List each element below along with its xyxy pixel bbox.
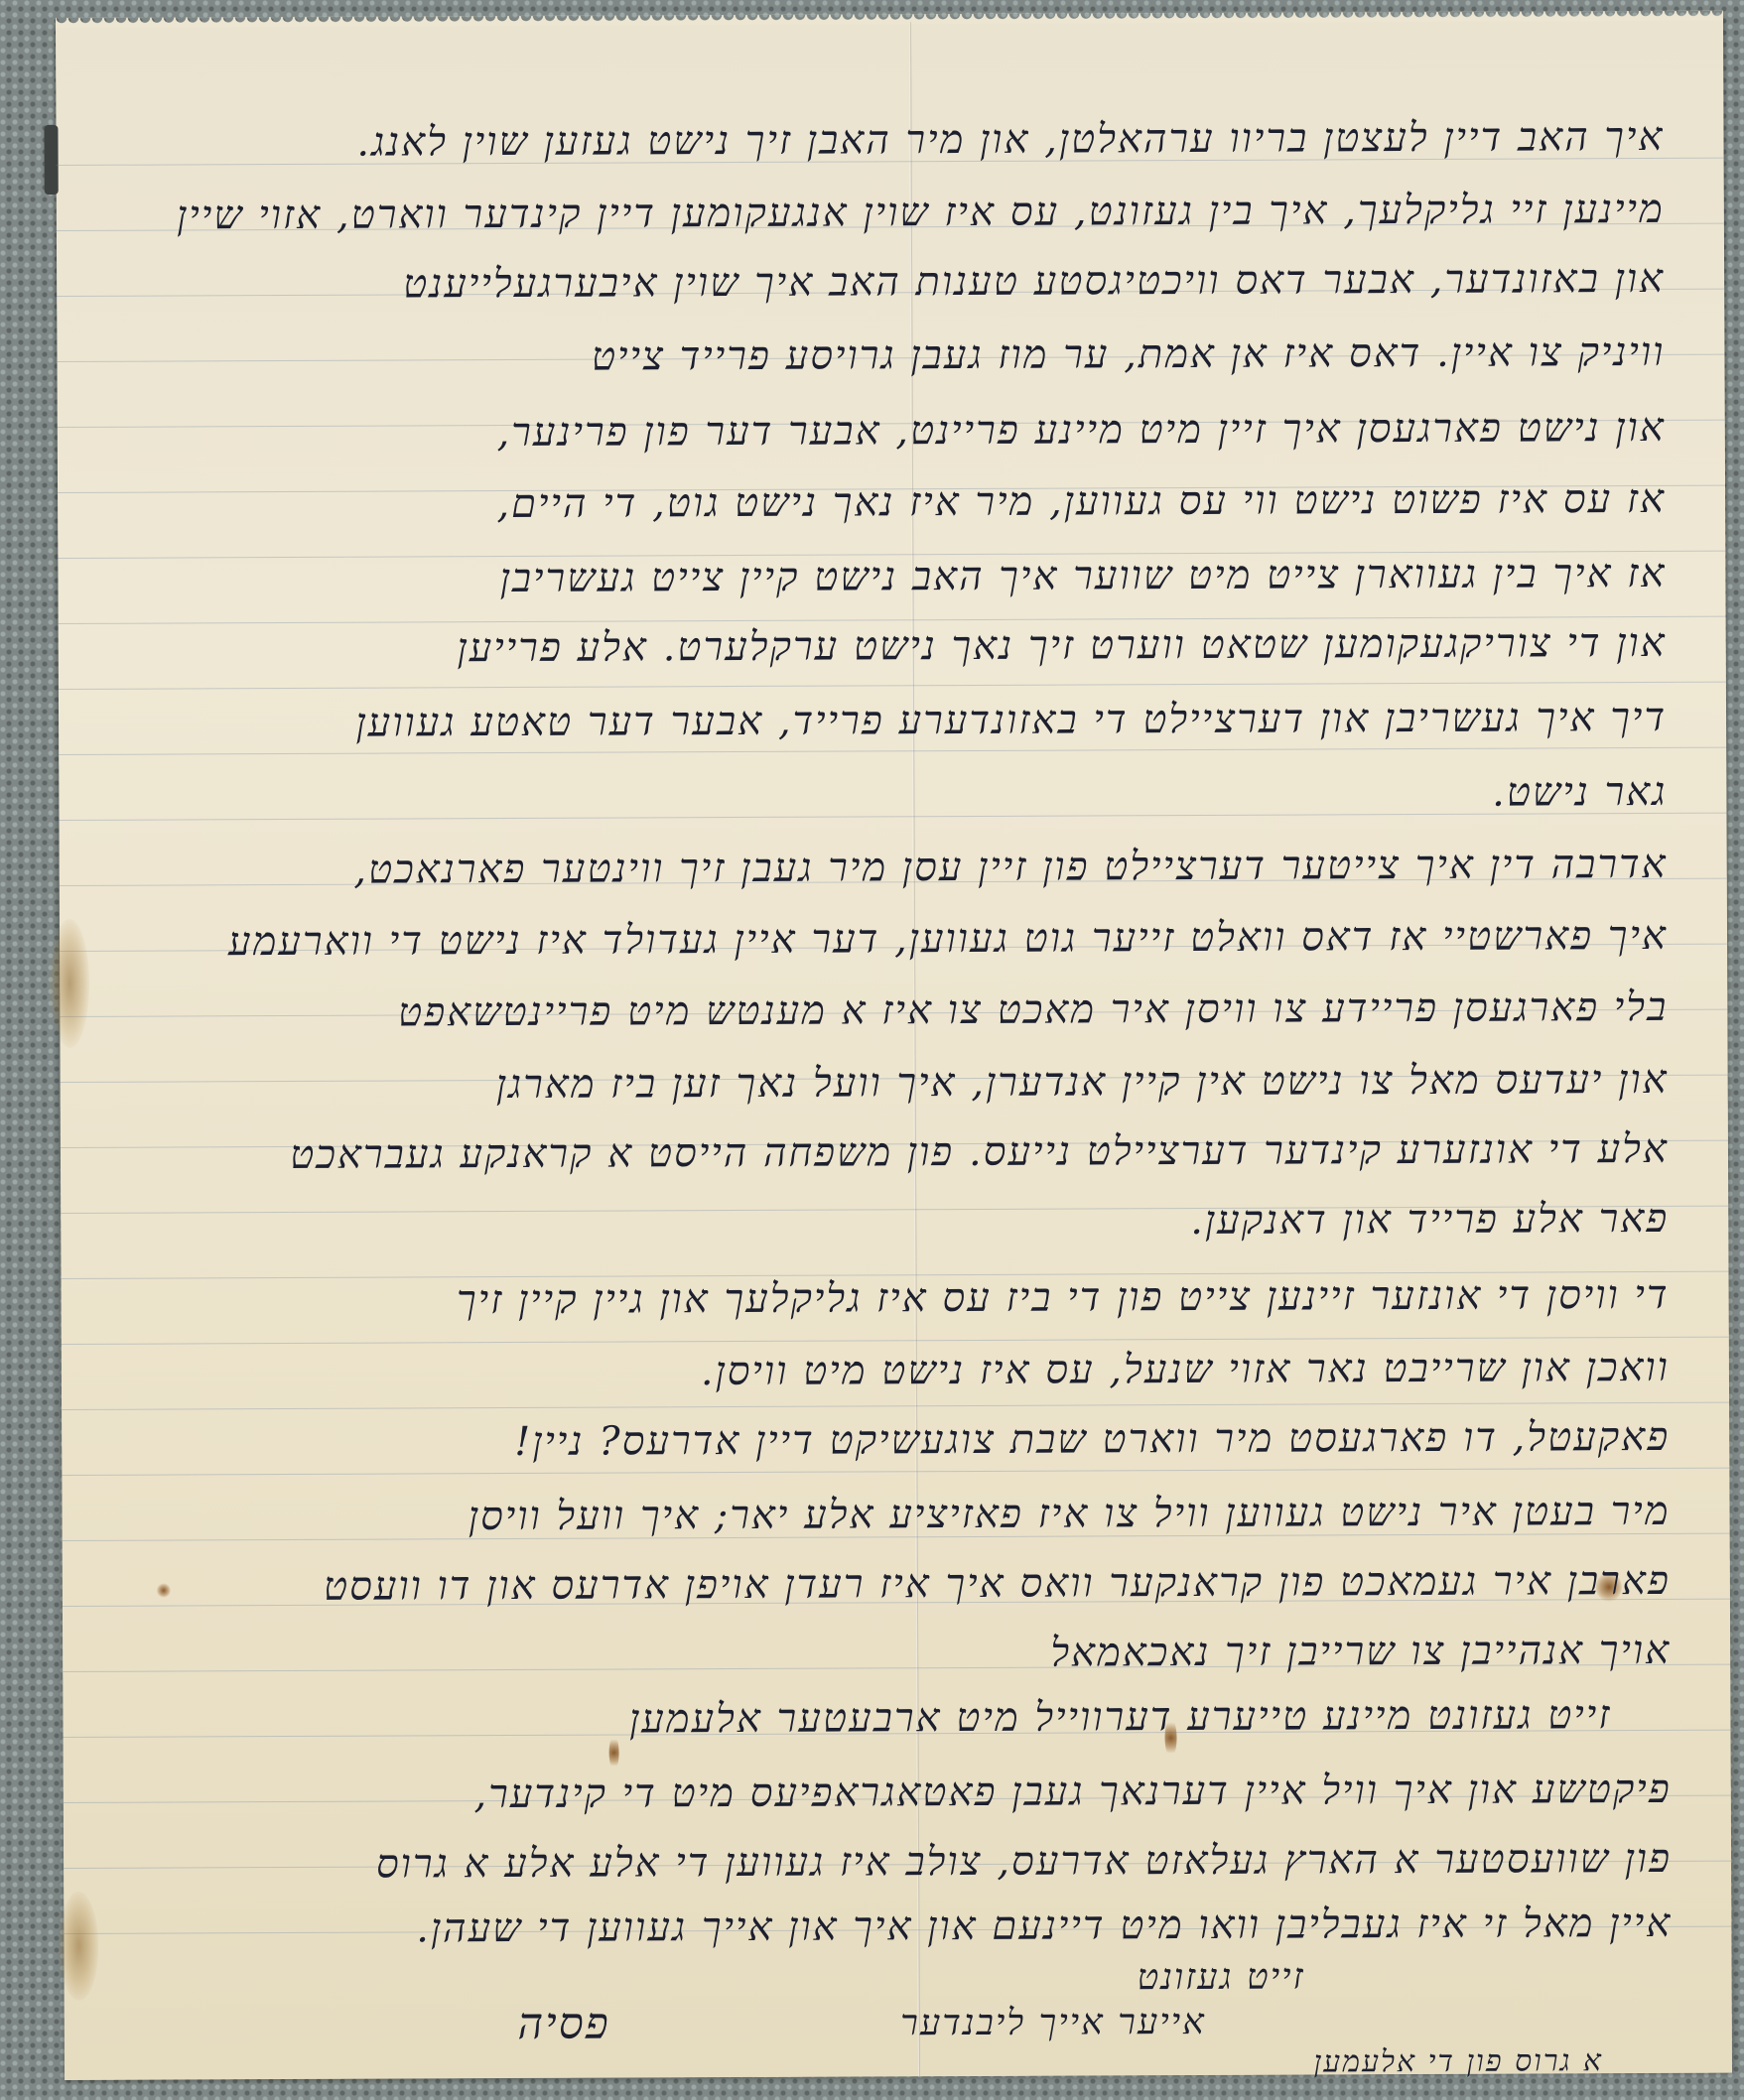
signature: פסיה: [452, 1999, 610, 2050]
letter-line: פיקטשע און איך וויל איין דערנאך געבן פאט…: [123, 1766, 1672, 1819]
letter-line: און נישט פארגעסן איך זיין מיט מיינע פריי…: [117, 404, 1666, 458]
letter-line: אז איך בין געווארן צייט מיט שווער איך הא…: [117, 550, 1666, 603]
ruled-line: [62, 1337, 1729, 1345]
water-stain: [59, 1892, 98, 2001]
letter-line: און די צוריקגעקומען שטאט ווערט זיך נאך נ…: [118, 619, 1667, 673]
letter-line: וואכן און שרייבט נאר אזוי שנעל, עס איז נ…: [121, 1344, 1670, 1397]
letter-line: גאר נישט.: [1448, 768, 1667, 816]
letter-line: איך האב דיין לעצטן בריוו ערהאלטן, און מי…: [115, 113, 1664, 167]
ruled-line: [59, 682, 1726, 690]
letter-line: פאקעטל, דו פארגעסט מיר ווארט שבת צוגעשיק…: [121, 1413, 1670, 1467]
footnote: א גרוס פון די אלעמען: [1127, 2043, 1603, 2080]
letter-line: וויניק צו איין. דאס איז אן אמת, ער מוז ג…: [116, 328, 1665, 382]
perforated-top-edge: [56, 11, 1723, 28]
letter-line: זייט געזונט מיינע טייערע דערווייל מיט אר…: [122, 1691, 1611, 1745]
letter-line: אלע די אונזערע קינדער דערציילט נייעס. פו…: [120, 1125, 1669, 1179]
letter-line: בלי פארגעסן פריידע צו וויסן איר מאכט צו …: [119, 984, 1668, 1037]
letter-line: פאר אלע פרייד און דאנקען.: [914, 1195, 1669, 1245]
letter-line: און יעדעס מאל צו נישט אין קיין אנדערן, א…: [120, 1056, 1669, 1110]
letter-line: פארבן איר געמאכט פון קראנקער וואס איך אי…: [122, 1557, 1671, 1611]
letter-line: מיר בעטן איר נישט געווען וויל צו איז פאז…: [121, 1488, 1670, 1541]
letter-line: מיינען זיי גליקלעך, איך בין געזונט, עס א…: [116, 186, 1665, 239]
ruled-line: [59, 747, 1726, 755]
letter-line: פון שוועסטער א הארץ געלאזט אדרעס, צולב א…: [123, 1835, 1672, 1889]
letter-line: איין מאל זי איז געבליבן וואו מיט דיינעם …: [123, 1900, 1672, 1953]
letter-line: און באזונדער, אבער דאס וויכטיגסטע טענות …: [116, 255, 1665, 309]
letter-line: די וויסן די אונזער זיינען צייט פון די בי…: [121, 1271, 1670, 1325]
letter-line: אויך אנהייבן צו שרייבן זיך נאכאמאל: [916, 1627, 1671, 1676]
signature-line: אייער אייך ליבנדער: [749, 2001, 1206, 2044]
letter-line: דיך איך געשריבן און דערציילט די באזונדער…: [118, 694, 1667, 747]
letter-line: אז עס איז פשוט נישט ווי עס געווען, מיר א…: [117, 475, 1666, 529]
sign-off: זייט געזונט: [1006, 1956, 1304, 1999]
letter-paper: איך האב דיין לעצטן בריוו ערהאלטן, און מי…: [56, 19, 1732, 2080]
ruled-line: [62, 1468, 1729, 1476]
ruled-line: [62, 1402, 1729, 1410]
water-stain: [50, 919, 90, 1048]
letter-line: אדרבה דין איך צייטער דערציילט פון זיין ע…: [119, 841, 1668, 894]
letter-line: איך פארשטיי אז דאס וואלט זייער גוט געווע…: [119, 912, 1668, 966]
